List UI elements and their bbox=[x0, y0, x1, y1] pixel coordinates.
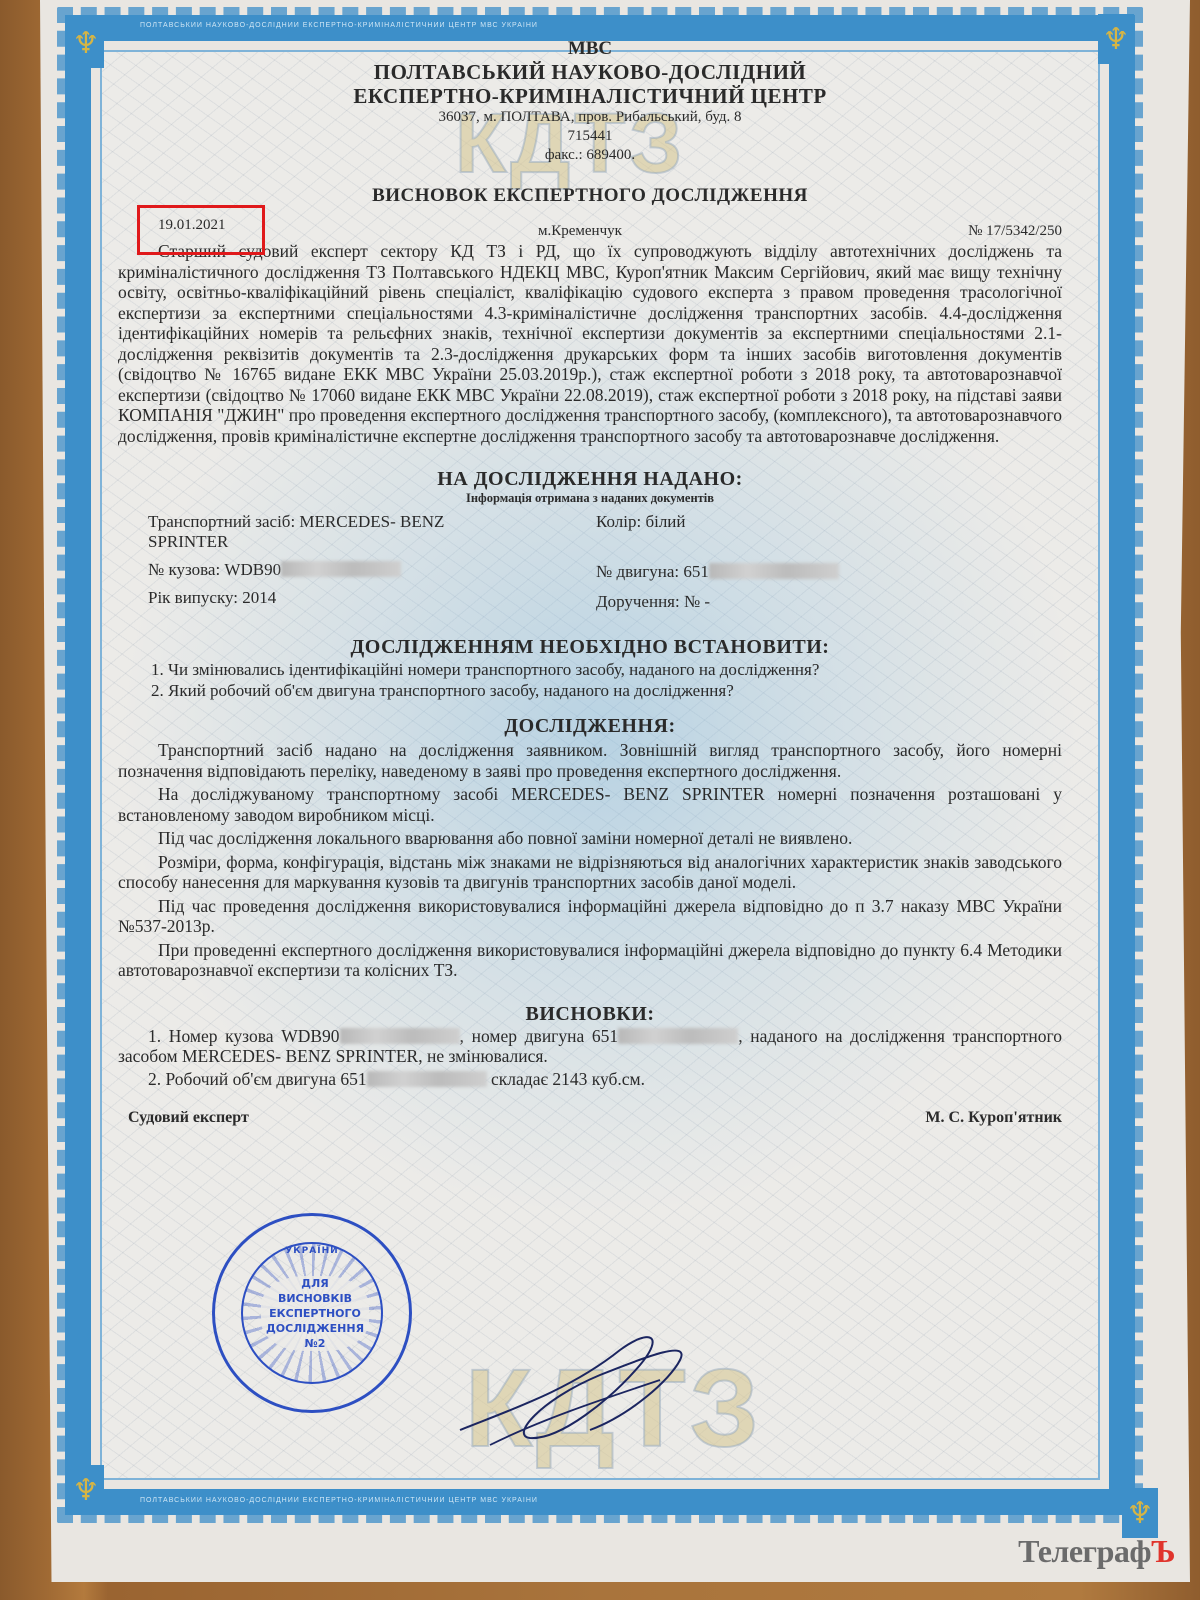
body-number: № кузова: WDB90 bbox=[148, 560, 401, 580]
trident-icon: ♆ bbox=[68, 1465, 104, 1515]
trident-icon: ♆ bbox=[1098, 14, 1134, 64]
redacted-block bbox=[340, 1028, 460, 1044]
intro-paragraph: Старший судовий експерт сектору КД ТЗ і … bbox=[118, 241, 1062, 446]
body-number-text: № кузова: WDB90 bbox=[148, 560, 281, 579]
question-item: Чи змінювались ідентифікаційні номери тр… bbox=[168, 659, 1062, 680]
conclusion-2-a: 2. Робочий об'єм двигуна 651 bbox=[148, 1069, 367, 1089]
vehicle-label-2: SPRINTER bbox=[148, 532, 228, 552]
signature-row: Судовий експерт М. С. Куроп'ятник bbox=[118, 1109, 1062, 1139]
document-body: МВС ПОЛТАВСЬКИЙ НАУКОВО-ДОСЛІДНИЙ ЕКСПЕР… bbox=[118, 38, 1062, 1139]
redacted-block bbox=[281, 561, 401, 577]
institution-line2: ЕКСПЕРТНО-КРИМІНАЛІСТИЧНИЙ ЦЕНТР bbox=[118, 84, 1062, 108]
ministry: МВС bbox=[118, 38, 1062, 60]
logo-hard-sign: Ъ bbox=[1151, 1533, 1175, 1569]
questions-title: ДОСЛІДЖЕННЯМ НЕОБХІДНО ВСТАНОВИТИ: bbox=[118, 636, 1062, 659]
stamp-center: ДЛЯ ВИСНОВКІВ ЕКСПЕРТНОГО ДОСЛІДЖЕННЯ №2 bbox=[261, 1276, 369, 1351]
research-paragraph: При проведенні експертного дослідження в… bbox=[118, 940, 1062, 981]
provided-title: НА ДОСЛІДЖЕННЯ НАДАНО: bbox=[118, 468, 1062, 491]
address: 36037, м. ПОЛТАВА, пров. Рибальський, бу… bbox=[118, 108, 1062, 127]
stamp-line: ДОСЛІДЖЕННЯ bbox=[261, 1321, 369, 1336]
document-number: № 17/5342/250 bbox=[968, 223, 1062, 240]
signer-role: Судовий експерт bbox=[128, 1109, 249, 1127]
conclusion-1-b: , номер двигуна 651 bbox=[460, 1026, 619, 1046]
vehicle-label: Транспортний засіб: MERCEDES- BENZ bbox=[148, 512, 444, 532]
institution-line1: ПОЛТАВСЬКИЙ НАУКОВО-ДОСЛІДНИЙ bbox=[118, 60, 1062, 84]
stamp-line: ВИСНОВКІВ bbox=[261, 1291, 369, 1306]
conclusion-2-b: складає 2143 куб.см. bbox=[491, 1069, 645, 1089]
vehicle-color: Колір: білий bbox=[596, 512, 686, 532]
fax: факс.: 689400. bbox=[118, 146, 1062, 165]
research-paragraph: Транспортний засіб надано на дослідження… bbox=[118, 740, 1062, 781]
conclusions-title: ВИСНОВКИ: bbox=[118, 1003, 1062, 1026]
signer-name: М. С. Куроп'ятник bbox=[925, 1109, 1062, 1127]
handwritten-signature bbox=[450, 1320, 710, 1450]
stamp-arc-text: УКРАЇНИ bbox=[215, 1246, 409, 1256]
phone: 715441 bbox=[118, 127, 1062, 146]
publisher-logo: ТелеграфЪ bbox=[1018, 1533, 1175, 1570]
trident-icon: ♆ bbox=[1122, 1488, 1158, 1538]
research-paragraph: На досліджуваному транспортному засобі M… bbox=[118, 784, 1062, 825]
research-paragraph: Розміри, форма, конфігурація, відстань м… bbox=[118, 852, 1062, 893]
document-city: м.Кременчук bbox=[538, 223, 622, 240]
research-paragraph: Під час дослідження локального вварюванн… bbox=[118, 828, 1062, 849]
question-item: Який робочий об'єм двигуна транспортного… bbox=[168, 680, 1062, 701]
date-highlight-box bbox=[137, 205, 265, 255]
redacted-block bbox=[367, 1071, 487, 1087]
frame-band-text-top: ПОЛТАВСЬКИЙ НАУКОВО-ДОСЛІДНИЙ ЕКСПЕРТНО-… bbox=[140, 22, 1040, 29]
year: Рік випуску: 2014 bbox=[148, 588, 276, 608]
official-stamp: УКРАЇНИ ДЛЯ ВИСНОВКІВ ЕКСПЕРТНОГО ДОСЛІД… bbox=[212, 1213, 412, 1413]
redacted-block bbox=[709, 563, 839, 579]
questions-list: Чи змінювались ідентифікаційні номери тр… bbox=[118, 659, 1062, 701]
trident-icon: ♆ bbox=[68, 18, 104, 68]
stamp-line: ДЛЯ bbox=[261, 1276, 369, 1291]
research-title: ДОСЛІДЖЕННЯ: bbox=[118, 715, 1062, 738]
frame-band-text-bottom: ПОЛТАВСЬКИЙ НАУКОВО-ДОСЛІДНИЙ ЕКСПЕРТНО-… bbox=[140, 1497, 1040, 1504]
redacted-block bbox=[618, 1028, 738, 1044]
provided-subtitle: Інформація отримана з наданих документів bbox=[118, 491, 1062, 506]
conclusion-1-a: 1. Номер кузова WDB90 bbox=[148, 1026, 340, 1046]
order: Доручення: № - bbox=[596, 592, 710, 612]
logo-text: Телеграф bbox=[1018, 1533, 1151, 1569]
research-paragraph: Під час проведення дослідження використо… bbox=[118, 896, 1062, 937]
document-title: ВИСНОВОК ЕКСПЕРТНОГО ДОСЛІДЖЕННЯ bbox=[118, 185, 1062, 207]
conclusion-2: 2. Робочий об'єм двигуна 651 складає 214… bbox=[118, 1069, 1062, 1090]
conclusion-1: 1. Номер кузова WDB90, номер двигуна 651… bbox=[118, 1026, 1062, 1067]
engine-number: № двигуна: 651 bbox=[596, 562, 839, 582]
stamp-line: №2 bbox=[261, 1336, 369, 1351]
engine-number-text: № двигуна: 651 bbox=[596, 562, 709, 581]
stamp-line: ЕКСПЕРТНОГО bbox=[261, 1306, 369, 1321]
vehicle-info: Транспортний засіб: MERCEDES- BENZ SPRIN… bbox=[118, 512, 1062, 620]
